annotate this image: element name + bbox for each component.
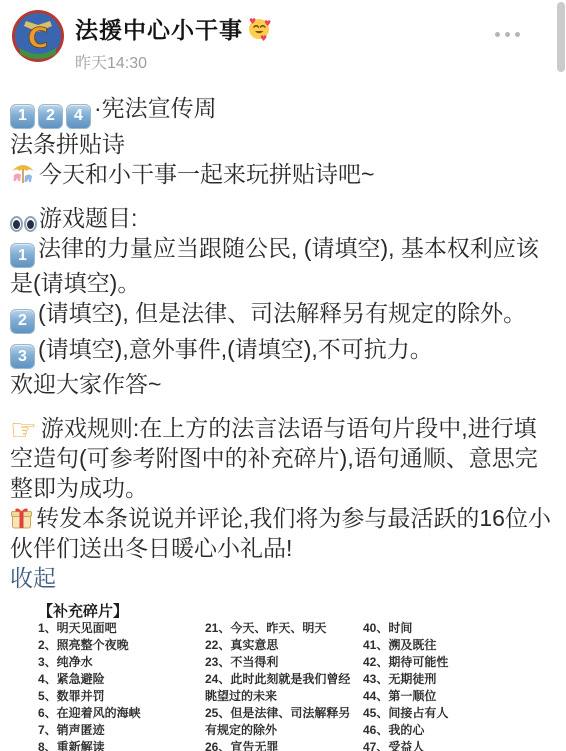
paragraph-text: 游戏题目: bbox=[39, 205, 137, 231]
carousel-horse-icon bbox=[10, 160, 36, 186]
fragment-column: 21、今天、昨天、明天22、真实意思23、不当得利24、此时此刻就是我们曾经眺望… bbox=[205, 620, 363, 751]
paragraph-text: 今天和小干事一起来玩拼贴诗吧~ bbox=[39, 161, 374, 187]
keycap-3-icon: 3 bbox=[10, 344, 35, 369]
collapse-link[interactable]: 收起 bbox=[10, 563, 56, 593]
fragment-item: 47、受益人 bbox=[363, 739, 533, 751]
fragment-list-title: 【补充碎片】 bbox=[38, 603, 552, 620]
svg-text:♥: ♥ bbox=[260, 34, 267, 42]
fragment-item: 4、紧急避险 bbox=[38, 671, 205, 688]
post-card: C 法援中心小干事 ♥ ♥ ♥ 昨天14:30 bbox=[0, 0, 566, 751]
fragment-item: 24、此时此刻就是我们曾经眺望过的未来 bbox=[205, 671, 357, 705]
fragment-item: 25、但是法律、司法解释另有规定的除外 bbox=[205, 705, 357, 739]
fragment-item: 45、间接占有人 bbox=[363, 705, 533, 722]
fragment-item: 6、在迎着风的海峡 bbox=[38, 705, 205, 722]
smiling-face-with-hearts-icon: ♥ ♥ ♥ bbox=[246, 16, 272, 42]
post-paragraph: 欢迎大家作答~ bbox=[10, 369, 555, 399]
header-text: 法援中心小干事 ♥ ♥ ♥ 昨天14:30 bbox=[75, 10, 272, 73]
timestamp: 昨天14:30 bbox=[75, 50, 272, 73]
fragment-item: 2、照亮整个夜晚 bbox=[38, 637, 205, 654]
fragment-item: 21、今天、昨天、明天 bbox=[205, 620, 357, 637]
fragment-item: 43、无期徒刑 bbox=[363, 671, 533, 688]
account-name[interactable]: 法援中心小干事 bbox=[75, 12, 243, 45]
keycap-1-icon: 1 bbox=[10, 243, 35, 268]
fragment-item: 8、重新解读 bbox=[38, 739, 205, 751]
fragment-column: 1、明天见面吧2、照亮整个夜晚3、纯净水4、紧急避险5、数罪并罚6、在迎着风的海… bbox=[38, 620, 205, 751]
post-header: C 法援中心小干事 ♥ ♥ ♥ 昨天14:30 bbox=[0, 0, 566, 73]
fragment-item: 22、真实意思 bbox=[205, 637, 357, 654]
attachment-image[interactable]: 【补充碎片】 1、明天见面吧2、照亮整个夜晚3、纯净水4、紧急避险5、数罪并罚6… bbox=[38, 603, 552, 751]
scrollbar-thumb[interactable] bbox=[557, 2, 565, 72]
svg-text:♥: ♥ bbox=[264, 19, 271, 28]
fragment-item: 40、时间 bbox=[363, 620, 533, 637]
emblem-logo-icon: C bbox=[12, 10, 64, 62]
paragraph-text: (请填空), 但是法律、司法解释另有规定的除外。 bbox=[38, 300, 526, 326]
paragraph-text: (请填空),意外事件,(请填空),不可抗力。 bbox=[38, 336, 433, 362]
paragraph-text: 游戏规则:在上方的法言法语与语句片段中,进行填空造句(可参考附图中的补充碎片),… bbox=[10, 415, 538, 501]
eyes-icon bbox=[10, 216, 37, 232]
fragment-item: 42、期待可能性 bbox=[363, 654, 533, 671]
post-paragraph: 124·宪法宣传周 bbox=[10, 93, 555, 129]
paragraph-text: ·宪法宣传周 bbox=[94, 95, 217, 121]
fragment-item: 7、销声匿迹 bbox=[38, 722, 205, 739]
fragment-item: 1、明天见面吧 bbox=[38, 620, 205, 637]
paragraph-text: 欢迎大家作答~ bbox=[10, 371, 161, 397]
fragment-item: 41、溯及既往 bbox=[363, 637, 533, 654]
post-paragraph: 法条拼贴诗 bbox=[10, 129, 555, 159]
svg-text:♥: ♥ bbox=[249, 17, 256, 26]
keycap-1-icon: 1 bbox=[10, 104, 35, 129]
post-paragraph: ☞游戏规则:在上方的法言法语与语句片段中,进行填空造句(可参考附图中的补充碎片)… bbox=[10, 413, 555, 503]
fragment-item: 3、纯净水 bbox=[38, 654, 205, 671]
gift-icon bbox=[10, 506, 33, 530]
post-content: 124·宪法宣传周法条拼贴诗今天和小干事一起来玩拼贴诗吧~游戏题目:1法律的力量… bbox=[0, 73, 566, 563]
fragment-column: 40、时间41、溯及既往42、期待可能性43、无期徒刑44、第一顺位45、间接占… bbox=[363, 620, 533, 751]
fragment-item: 5、数罪并罚 bbox=[38, 688, 205, 705]
fragment-item: 23、不当得利 bbox=[205, 654, 357, 671]
paragraph-text: 法律的力量应当跟随公民, (请填空), 基本权利应该是(请填空)。 bbox=[10, 235, 539, 297]
keycap-2-icon: 2 bbox=[38, 104, 63, 129]
fragment-item: 26、宣告无罪 bbox=[205, 739, 357, 751]
fragment-item: 44、第一顺位 bbox=[363, 688, 533, 705]
post-paragraph: 3(请填空),意外事件,(请填空),不可抗力。 bbox=[10, 334, 555, 370]
post-paragraph: 2(请填空), 但是法律、司法解释另有规定的除外。 bbox=[10, 298, 555, 334]
avatar[interactable]: C bbox=[12, 10, 64, 62]
post-paragraph: 游戏题目: bbox=[10, 203, 555, 233]
post-paragraph: 今天和小干事一起来玩拼贴诗吧~ bbox=[10, 159, 555, 189]
more-menu-button[interactable] bbox=[491, 28, 524, 41]
fragment-columns: 1、明天见面吧2、照亮整个夜晚3、纯净水4、紧急避险5、数罪并罚6、在迎着风的海… bbox=[38, 620, 552, 751]
post-paragraph: 1法律的力量应当跟随公民, (请填空), 基本权利应该是(请填空)。 bbox=[10, 233, 555, 299]
keycap-4-icon: 4 bbox=[66, 104, 91, 129]
paragraph-text: 转发本条说说并评论,我们将为参与最活跃的16位小伙伴们送出冬日暖心小礼品! bbox=[10, 505, 551, 561]
svg-text:C: C bbox=[28, 21, 49, 54]
pointing-right-icon: ☞ bbox=[10, 414, 37, 447]
fragment-item: 46、我的心 bbox=[363, 722, 533, 739]
keycap-2-icon: 2 bbox=[10, 309, 35, 334]
post-paragraph: 转发本条说说并评论,我们将为参与最活跃的16位小伙伴们送出冬日暖心小礼品! bbox=[10, 503, 555, 563]
paragraph-text: 法条拼贴诗 bbox=[10, 131, 125, 157]
